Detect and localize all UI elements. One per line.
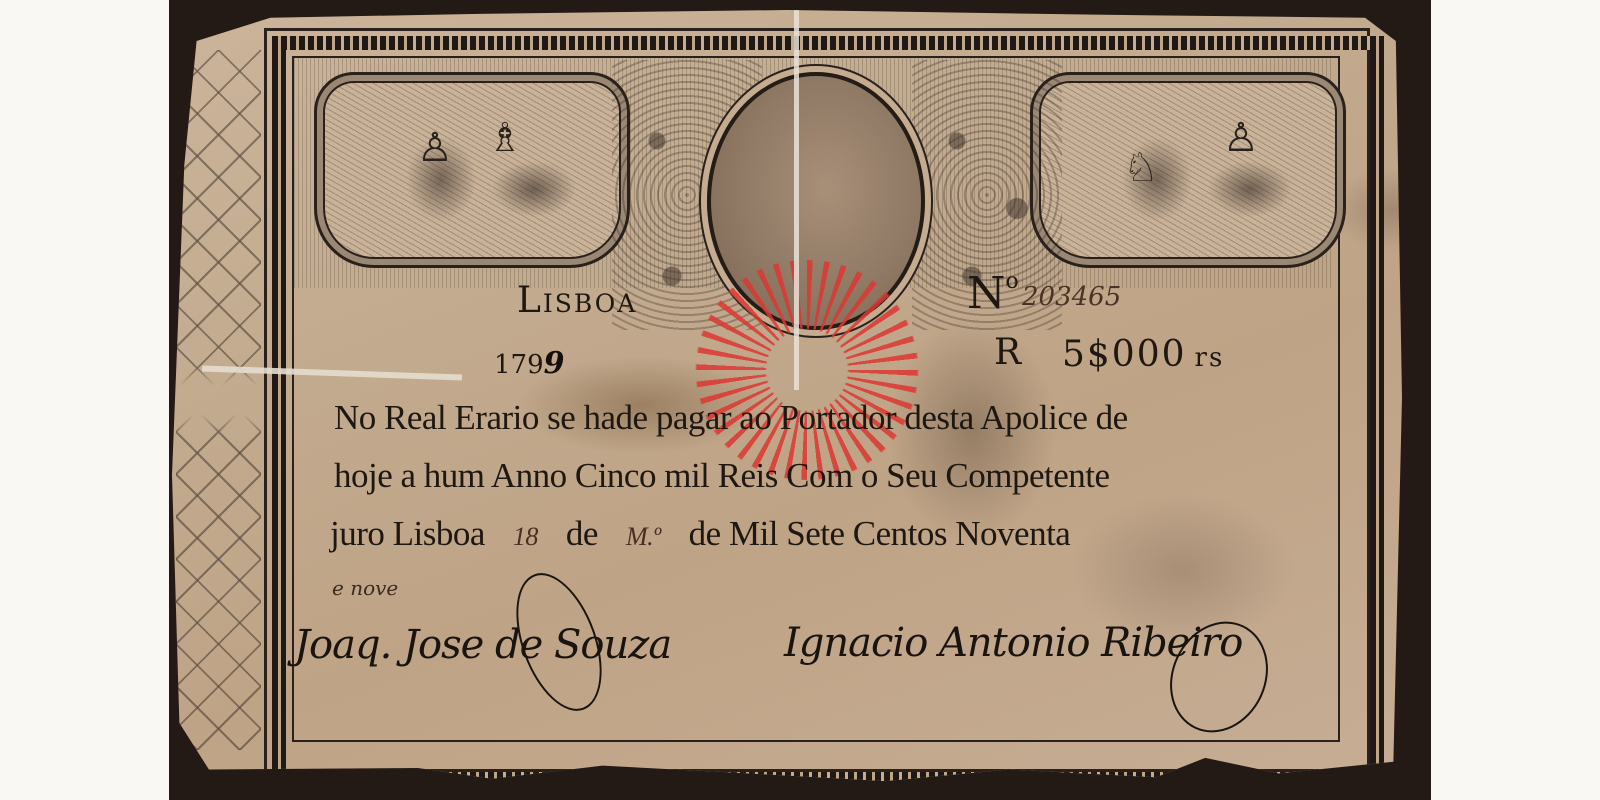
shepherd-with-staff-icon: ♘ [1123,145,1159,191]
handwritten-month: M.º [626,522,661,551]
number-label: No [967,268,1019,319]
red-sunburst-seal-icon [687,260,927,480]
pastoral-couple-icon: ♙ ♗ [314,72,630,268]
serial-number: 203465 [1022,282,1121,312]
denomination-prefix: R [994,332,1021,373]
shepherdess-icon: ♗ [487,115,523,161]
shepherds-resting-icon: ♘ ♙ [1030,72,1346,268]
issue-year: 1799 [494,346,565,381]
flute-player-icon: ♙ [417,125,453,171]
body-text-line-3: juro Lisboa18deM.ºde Mil Sete Centos Nov… [330,514,1070,554]
vertical-tear [794,10,799,390]
signature-1: Joaq. Jose de Souza [294,622,671,668]
city-heading: Lisboa [517,280,637,321]
piper-icon: ♙ [1223,115,1259,161]
body-text-line-1: No Real Erario se hade pagar ao Portador… [334,398,1128,438]
handwritten-year-completion: e nove [332,576,398,600]
banknote: ♙ ♗ ♘ ♙ Lisboa No 203465 1799 R 5$000rs … [172,10,1402,785]
denomination-value: 5$000rs [1062,334,1224,375]
calligraphic-stub-ornament-icon [176,50,261,750]
body-text-line-2: hoje a hum Anno Cinco mil Reis Com o Seu… [334,456,1110,496]
signature-2: Ignacio Antonio Ribeiro [784,620,1242,666]
handwritten-day: 18 [513,522,538,551]
